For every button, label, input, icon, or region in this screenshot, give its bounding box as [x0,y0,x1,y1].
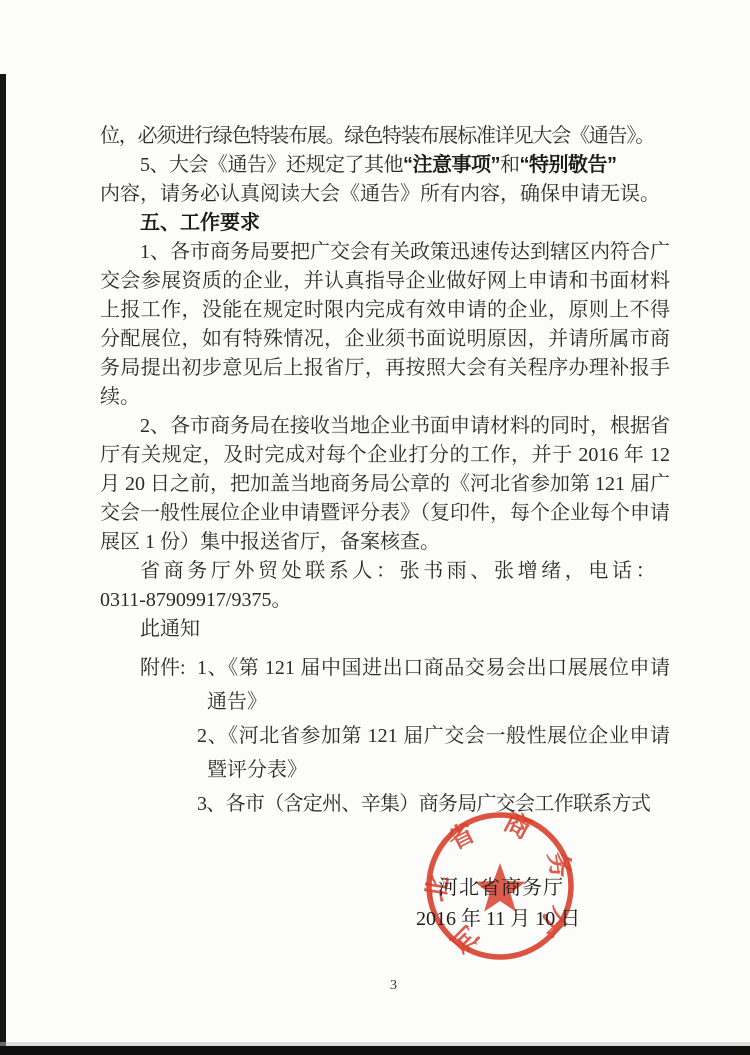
paragraph-item5: 5、大会《通告》还规定了其他“注意事项”和“特别敬告”内容，请务必认真阅读大会《… [100,151,670,209]
paragraph-work-item1: 1、各市商务局要把广交会有关政策迅速传达到辖区内符合广交会参展资质的企业，并认真… [100,238,670,412]
item5-lead: 5、大会《通告》还规定了其他 [140,154,403,176]
signature-issuer: 河北省商务厅 [438,871,564,900]
attachments-list: 1、《第 121 届中国进出口商品交易会出口展展位申请通告》 2、《河北省参加第… [197,651,670,821]
item5-bold-warning: “特别敬告” [520,154,617,176]
paragraph-work-item2: 2、各市商务局在接收当地企业书面申请材料的同时，根据省厅有关规定，及时完成对每个… [100,412,670,557]
contact-names: 省商务厅外贸处联系人：张书雨、张增绪，电话： [140,560,659,582]
signature-date: 2016 年 11 月 10 日 [416,902,580,931]
section-heading: 五、工作要求 [100,209,670,238]
item5-mid: 和 [500,154,520,176]
attachment-item: 2、《河北省参加第 121 届广交会一般性展位企业申请暨评分表》 [197,719,670,787]
document-page: 位，必须进行绿色特装布展。绿色特装布展标准详见大会《通告》。 5、大会《通告》还… [0,0,750,1055]
paragraph-closing: 此通知 [100,615,670,644]
scan-edge-bottom [0,1046,750,1055]
attachment-item: 1、《第 121 届中国进出口商品交易会出口展展位申请通告》 [197,651,670,719]
attachments-label: 附件: [140,651,197,821]
paragraph-continuation: 位，必须进行绿色特装布展。绿色特装布展标准详见大会《通告》。 [100,122,670,151]
page-number: 3 [390,978,397,994]
item5-bold-notice: “注意事项” [403,154,500,176]
scan-edge-left [0,74,6,1055]
item5-rest: 内容，请务必认真阅读大会《通告》所有内容，确保申请无误。 [100,183,660,205]
document-body: 位，必须进行绿色特装布展。绿色特装布展标准详见大会《通告》。 5、大会《通告》还… [100,122,670,821]
paragraph-contact: 省商务厅外贸处联系人：张书雨、张增绪，电话：0311-87909917/9375… [100,557,670,615]
attachments-block: 附件: 1、《第 121 届中国进出口商品交易会出口展展位申请通告》 2、《河北… [140,651,670,821]
contact-phone: 0311-87909917/9375。 [100,589,291,611]
